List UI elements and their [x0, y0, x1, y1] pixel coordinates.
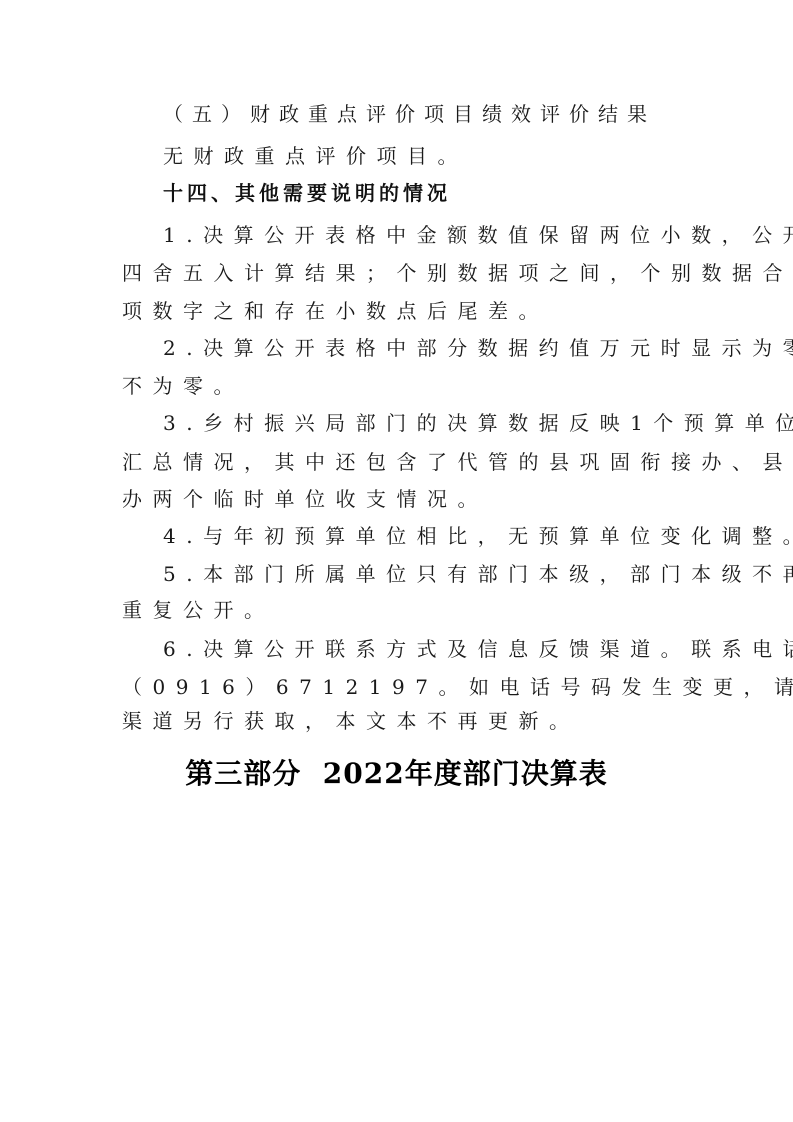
item-2-line-1: 2.决算公开表格中部分数据约值万元时显示为零，实际	[163, 335, 723, 361]
item-1-line-3: 项数字之和存在小数点后尾差。	[122, 298, 682, 324]
item-6-line-1: 6.决算公开联系方式及信息反馈渠道。联系电话：	[163, 636, 723, 662]
section-heading: 十四、其他需要说明的情况	[163, 180, 723, 206]
item-2-line-2: 不为零。	[122, 373, 682, 399]
item-5-line-2: 重复公开。	[122, 597, 682, 623]
document-page: （五）财政重点评价项目绩效评价结果 无财政重点评价项目。 十四、其他需要说明的情…	[0, 0, 793, 1122]
subsection-heading: （五）财政重点评价项目绩效评价结果	[163, 101, 723, 127]
subsection-body: 无财政重点评价项目。	[163, 143, 723, 169]
item-1-line-2: 四舍五入计算结果；个别数据项之间，个别数据合计项与分	[122, 260, 682, 286]
item-6-line-3: 渠道另行获取，本文本不再更新。	[122, 708, 682, 734]
part-title: 第三部分 2022年度部门决算表	[0, 752, 793, 792]
item-3-line-3: 办两个临时单位收支情况。	[122, 486, 682, 512]
item-4-line-1: 4.与年初预算单位相比，无预算单位变化调整。	[163, 523, 723, 549]
item-1-line-1: 1.决算公开表格中金额数值保留两位小数，公开数据为	[163, 222, 723, 248]
item-6-line-2: （0916）6712197。如电话号码发生变更，请通过其他公开	[122, 674, 682, 700]
item-5-line-1: 5.本部门所属单位只有部门本级，部门本级不再按单位	[163, 561, 723, 587]
item-3-line-2: 汇总情况，其中还包含了代管的县巩固衔接办、县金融合作	[122, 449, 682, 475]
item-3-line-1: 3.乡村振兴局部门的决算数据反映1个预算单位的数据	[163, 410, 723, 436]
